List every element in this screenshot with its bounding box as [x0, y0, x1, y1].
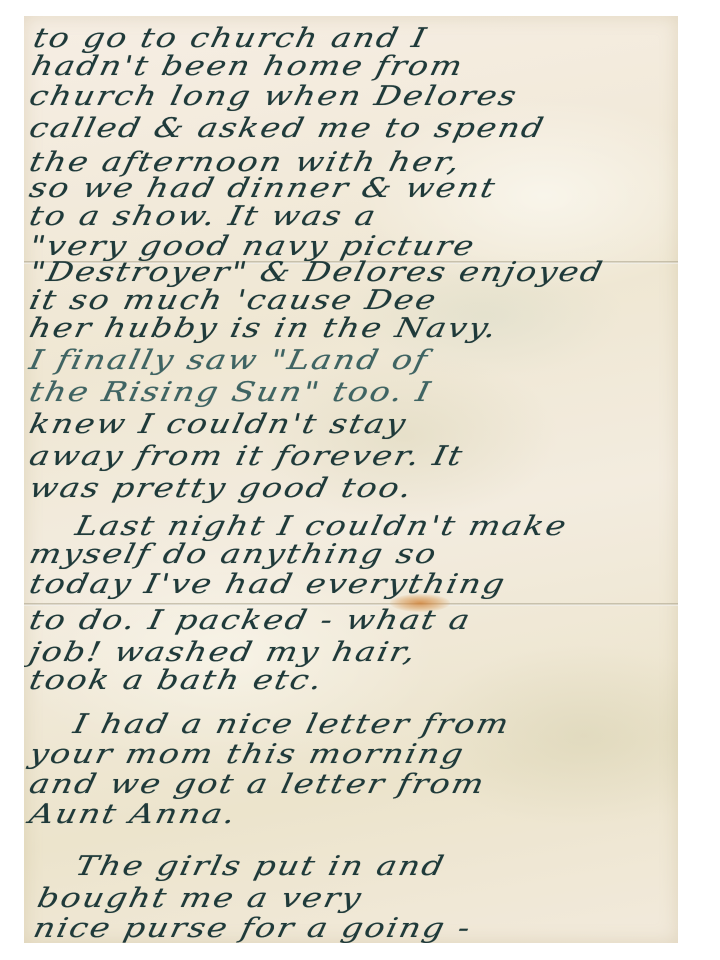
handwriting-line: to a show. It was a	[27, 200, 381, 232]
handwriting-line: to do. I packed - what a	[27, 604, 475, 636]
handwriting-line: your mom this morning	[27, 738, 468, 770]
handwriting-line: away from it forever. It	[27, 440, 467, 472]
letter-page: to go to church and I hadn't been home f…	[24, 16, 678, 943]
handwriting-line: church long when Delores	[27, 80, 522, 112]
handwriting-line: took a bath etc.	[27, 664, 327, 696]
handwriting-line: myself do anything so	[27, 538, 441, 570]
handwriting-line: bought me a very	[35, 882, 366, 914]
handwriting-line: knew I couldn't stay	[27, 408, 411, 440]
handwriting-line: her hubby is in the Navy.	[27, 312, 502, 344]
handwriting-line: was pretty good too.	[27, 472, 417, 504]
handwriting-line: Aunt Anna.	[27, 798, 240, 830]
handwriting-line: called & asked me to spend	[27, 112, 549, 144]
handwriting-line: hadn't been home from	[29, 50, 467, 82]
handwriting-line: and we got a letter from	[27, 768, 489, 800]
handwriting-line: the Rising Sun" too. I	[27, 376, 435, 408]
handwriting-line: I had a nice letter from	[71, 708, 514, 740]
handwriting-line: The girls put in and	[73, 850, 449, 882]
handwriting-line: I finally saw "Land of	[27, 344, 432, 376]
handwriting-line: today I've had everything	[27, 568, 510, 600]
handwriting-line: nice purse for a going -	[31, 912, 475, 943]
